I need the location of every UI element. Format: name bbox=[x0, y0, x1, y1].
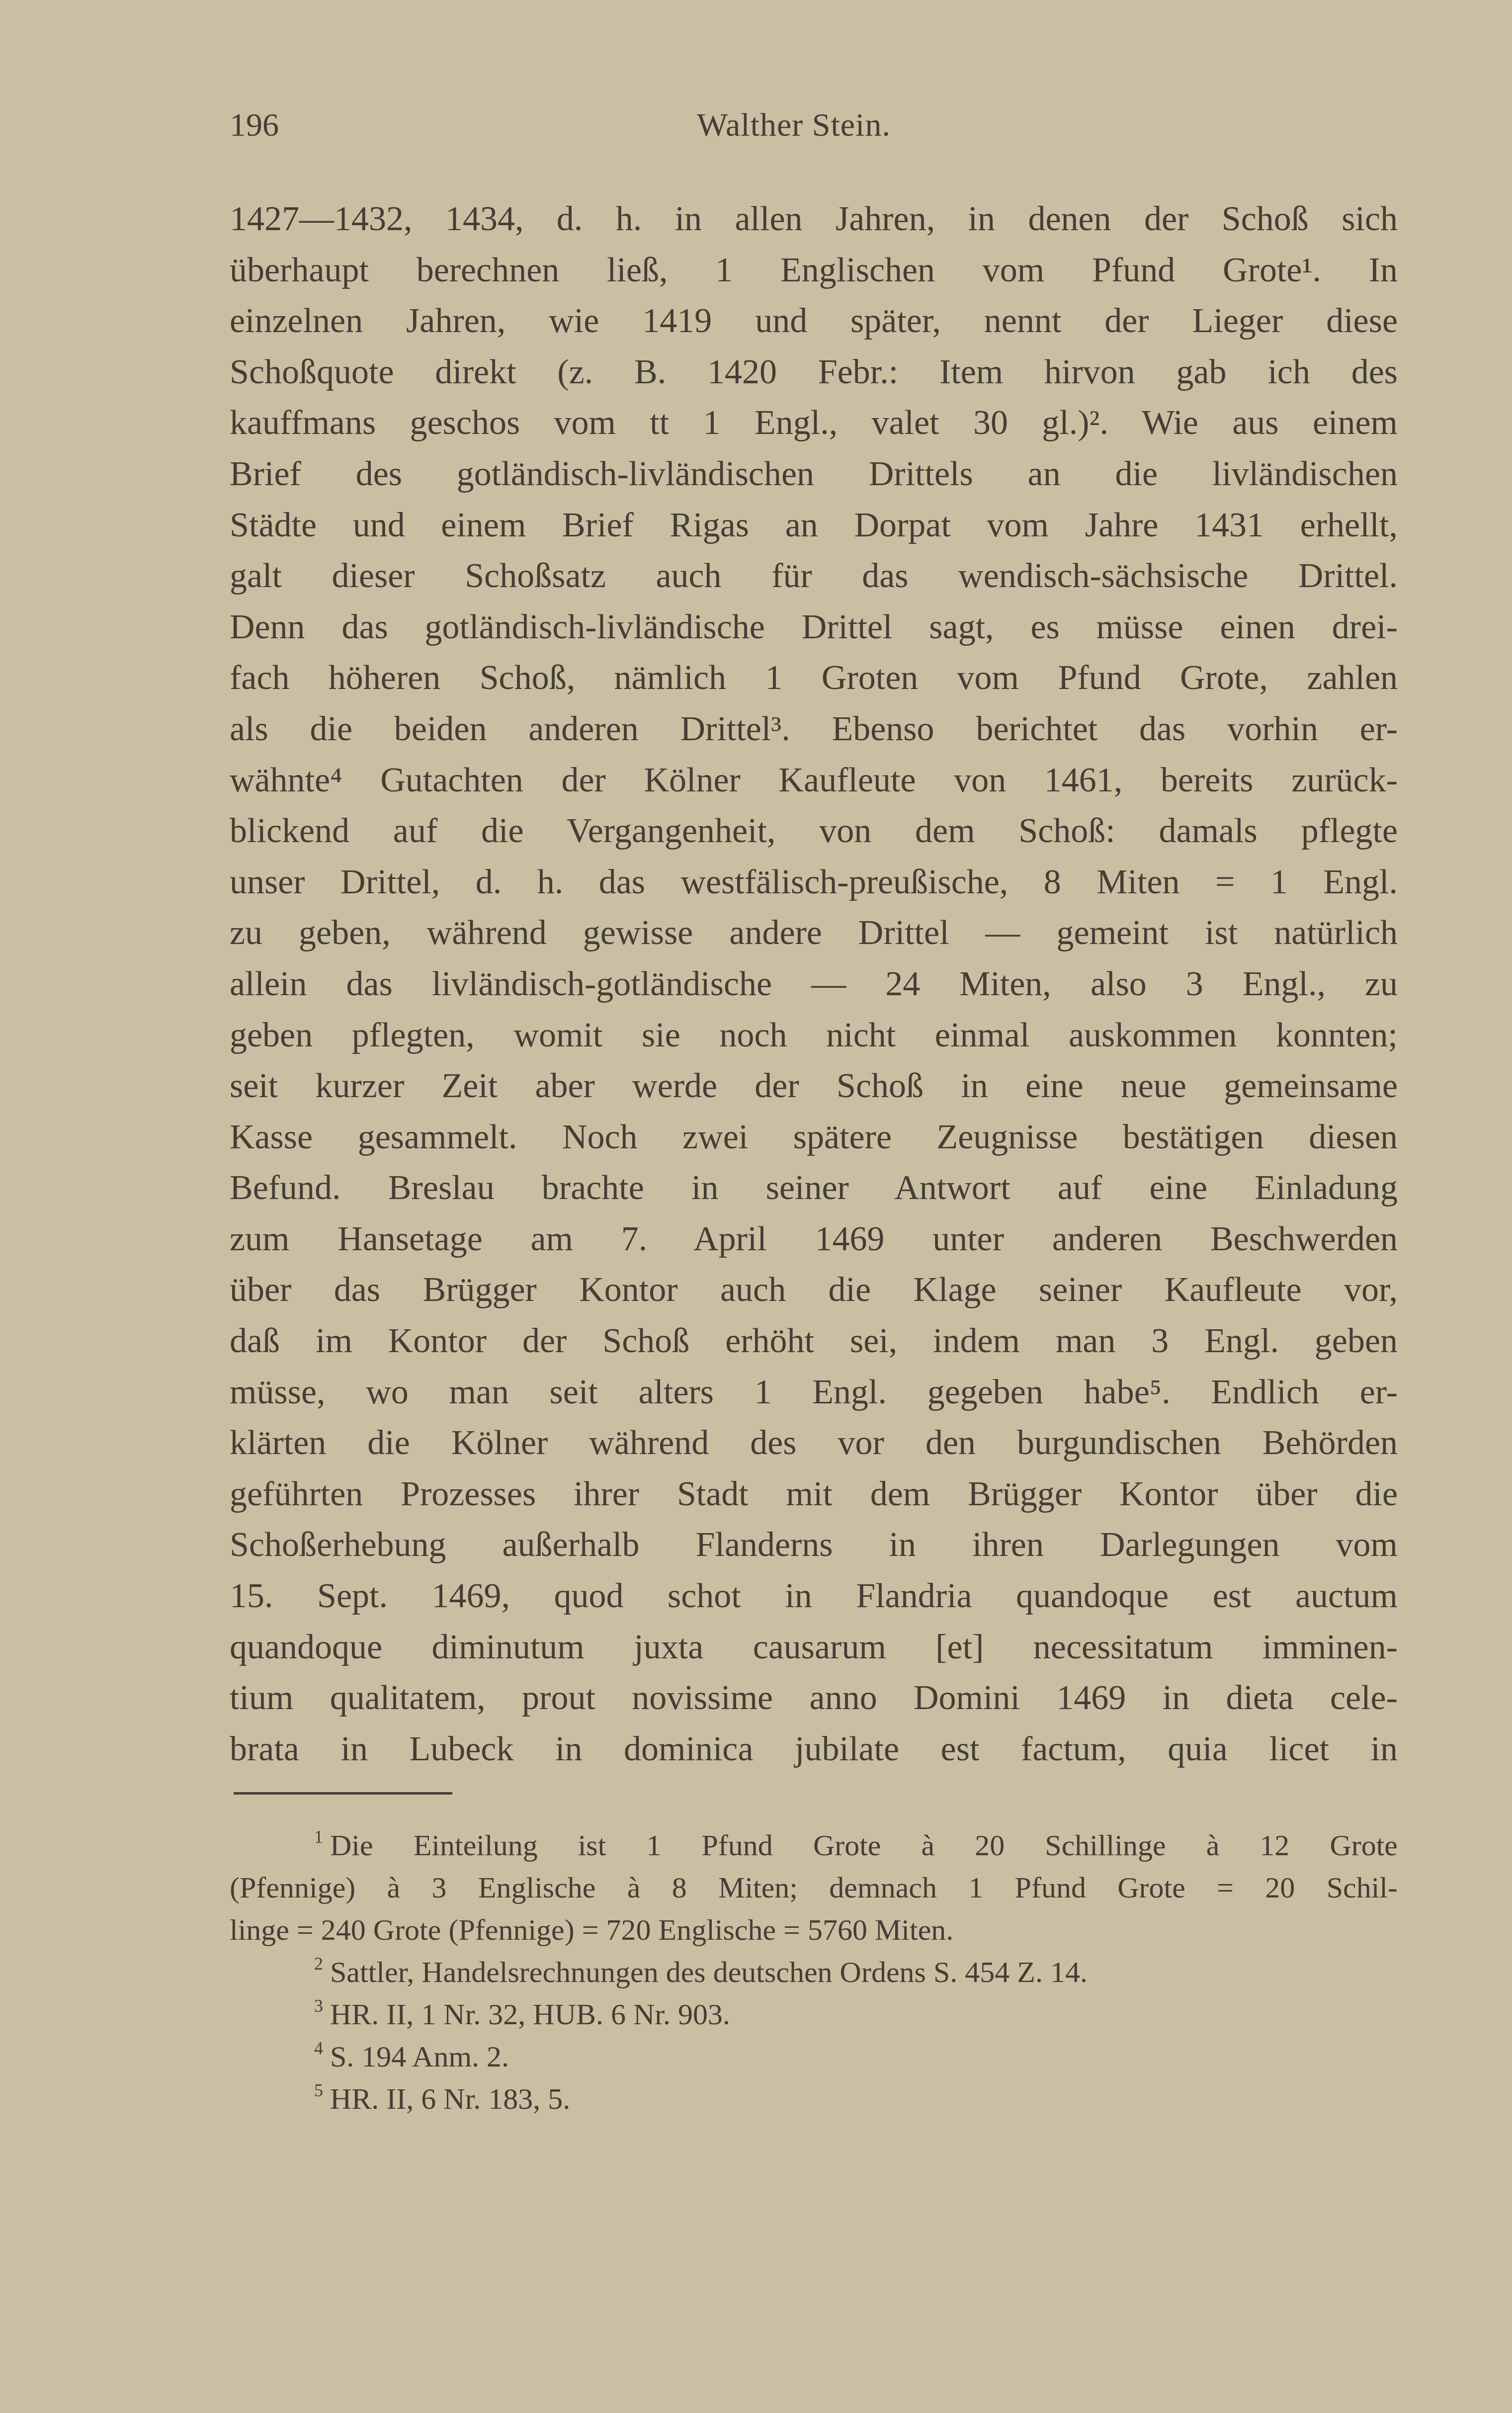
text-line: blickend auf die Vergangenheit, von dem … bbox=[230, 806, 1398, 857]
text-line: Städte und einem Brief Rigas an Dorpat v… bbox=[230, 500, 1398, 551]
footnote-text: HR. II, 6 Nr. 183, 5. bbox=[330, 2082, 570, 2115]
footnote-number: 3 bbox=[314, 1996, 323, 2016]
text-line: seit kurzer Zeit aber werde der Schoß in… bbox=[230, 1061, 1398, 1112]
footnote-text: S. 194 Anm. 2. bbox=[330, 2040, 509, 2073]
text-line: einzelnen Jahren, wie 1419 und später, n… bbox=[230, 296, 1398, 347]
text-line: Schoßquote direkt (z. B. 1420 Febr.: Ite… bbox=[230, 347, 1398, 398]
running-head: 196 Walther Stein. bbox=[230, 105, 1398, 145]
text-line: überhaupt berechnen ließ, 1 Englischen v… bbox=[230, 245, 1398, 296]
text-line: Denn das gotländisch-livländische Dritte… bbox=[230, 602, 1398, 653]
footnote-3: 3HR. II, 1 Nr. 32, HUB. 6 Nr. 903. bbox=[230, 1993, 1398, 2036]
footnotes: 1Die Einteilung ist 1 Pfund Grote à 20 S… bbox=[230, 1824, 1398, 2120]
footnote-5: 5HR. II, 6 Nr. 183, 5. bbox=[230, 2078, 1398, 2120]
text-line: galt dieser Schoßsatz auch für das wendi… bbox=[230, 551, 1398, 602]
footnote-1-continuation: linge = 240 Grote (Pfennige) = 720 Engli… bbox=[230, 1909, 1398, 1951]
footnote-4: 4S. 194 Anm. 2. bbox=[230, 2036, 1398, 2078]
footnote-1: 1Die Einteilung ist 1 Pfund Grote à 20 S… bbox=[230, 1824, 1398, 1867]
text-line: geben pflegten, womit sie noch nicht ein… bbox=[230, 1010, 1398, 1061]
text-line: allein das livländisch-gotländische — 24… bbox=[230, 959, 1398, 1010]
footnote-separator bbox=[234, 1792, 452, 1795]
footnote-number: 4 bbox=[314, 2038, 323, 2058]
text-line: 15. Sept. 1469, quod schot in Flandria q… bbox=[230, 1571, 1398, 1622]
footnote-text: HR. II, 1 Nr. 32, HUB. 6 Nr. 903. bbox=[330, 1998, 730, 2031]
footnote-number: 1 bbox=[314, 1827, 323, 1847]
text-line: zum Hansetage am 7. April 1469 unter and… bbox=[230, 1214, 1398, 1265]
running-title: Walther Stein. bbox=[697, 105, 891, 145]
text-line: müsse, wo man seit alters 1 Engl. gegebe… bbox=[230, 1367, 1398, 1418]
footnote-number: 5 bbox=[314, 2080, 323, 2100]
body-text: 1427—1432, 1434, d. h. in allen Jahren, … bbox=[230, 194, 1398, 1775]
footnote-text: Die Einteilung ist 1 Pfund Grote à 20 Sc… bbox=[330, 1829, 1398, 1862]
text-line: geführten Prozesses ihrer Stadt mit dem … bbox=[230, 1469, 1398, 1520]
text-line: fach höheren Schoß, nämlich 1 Groten vom… bbox=[230, 653, 1398, 704]
footnote-number: 2 bbox=[314, 1954, 323, 1974]
text-line: unser Drittel, d. h. das westfälisch-pre… bbox=[230, 857, 1398, 908]
text-line: 1427—1432, 1434, d. h. in allen Jahren, … bbox=[230, 194, 1398, 245]
text-line: wähnte⁴ Gutachten der Kölner Kaufleute v… bbox=[230, 755, 1398, 806]
text-line: als die beiden anderen Drittel³. Ebenso … bbox=[230, 704, 1398, 755]
text-line: Schoßerhebung außerhalb Flanderns in ihr… bbox=[230, 1520, 1398, 1571]
footnote-1-continuation: (Pfennige) à 3 Englische à 8 Miten; demn… bbox=[230, 1867, 1398, 1909]
text-line: kauffmans geschos vom tt 1 Engl., valet … bbox=[230, 398, 1398, 449]
page-number: 196 bbox=[230, 105, 279, 145]
text-line: klärten die Kölner während des vor den b… bbox=[230, 1418, 1398, 1469]
text-line: Befund. Breslau brachte in seiner Antwor… bbox=[230, 1163, 1398, 1214]
text-line: zu geben, während gewisse andere Drittel… bbox=[230, 908, 1398, 959]
footnote-text: Sattler, Handelsrechnungen des deutschen… bbox=[330, 1956, 1088, 1988]
text-line: Kasse gesammelt. Noch zwei spätere Zeugn… bbox=[230, 1112, 1398, 1163]
text-line: brata in Lubeck in dominica jubilate est… bbox=[230, 1724, 1398, 1775]
footnote-2: 2Sattler, Handelsrechnungen des deutsche… bbox=[230, 1951, 1398, 1993]
text-line: daß im Kontor der Schoß erhöht sei, inde… bbox=[230, 1316, 1398, 1367]
text-line: quandoque diminutum juxta causarum [et] … bbox=[230, 1622, 1398, 1673]
text-line: Brief des gotländisch-livländischen Drit… bbox=[230, 449, 1398, 500]
text-line: über das Brügger Kontor auch die Klage s… bbox=[230, 1265, 1398, 1316]
text-line: tium qualitatem, prout novissime anno Do… bbox=[230, 1673, 1398, 1724]
